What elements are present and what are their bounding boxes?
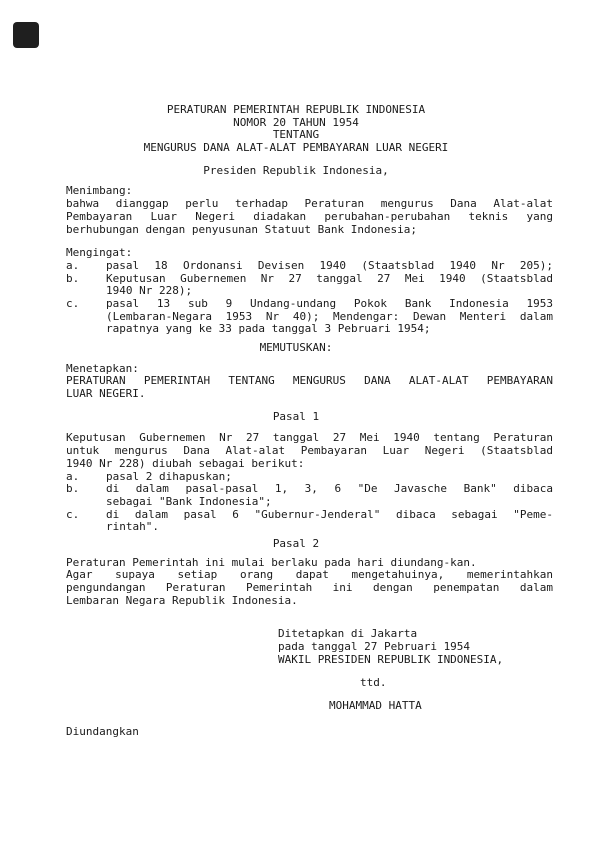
doc-line-text: untuk mengurus Dana Alat-alat Pembayaran… <box>66 444 553 457</box>
diundangkan-line: Diundangkan <box>66 726 553 739</box>
doc-line: rintah". <box>66 521 553 534</box>
doc-line: Presiden Republik Indonesia, <box>66 165 526 178</box>
doc-line-text: NOMOR 20 TAHUN 1954 <box>233 116 359 129</box>
doc-line: MEMUTUSKAN: <box>66 342 526 355</box>
document-page: PERATURAN PEMERINTAH REPUBLIK INDONESIAN… <box>0 0 595 842</box>
doc-line: Lembaran Negara Republik Indonesia. <box>66 595 553 608</box>
doc-line-text: rapatnya yang ke 33 pada tanggal 3 Pebru… <box>106 322 431 335</box>
doc-line-text: (Lembaran-Negara 1953 Nr 40); Mendengar:… <box>106 310 553 323</box>
doc-line-text: Mengingat: <box>66 246 132 259</box>
doc-line-text: pasal 13 sub 9 Undang-undang Pokok Bank … <box>106 297 553 310</box>
doc-line-text: MEMUTUSKAN: <box>260 341 333 354</box>
pasal-2-heading: Pasal 2 <box>66 538 553 551</box>
list-marker: c. <box>66 509 79 522</box>
doc-line-text: 1940 Nr 228) diubah sebagai berikut: <box>66 457 304 470</box>
list-marker: b. <box>66 483 79 496</box>
doc-line: MENGURUS DANA ALAT-ALAT PEMBAYARAN LUAR … <box>66 142 526 155</box>
doc-line-text: pasal 2 dihapuskan; <box>106 470 232 483</box>
doc-line-text: pasal 18 Ordonansi Devisen 1940 (Staatsb… <box>106 259 553 272</box>
doc-line-text: Peraturan Pemerintah ini mulai berlaku p… <box>66 556 477 569</box>
menimbang-block: Menimbang:bahwa dianggap perlu terhadap … <box>66 185 553 236</box>
title-block: PERATURAN PEMERINTAH REPUBLIK INDONESIAN… <box>66 104 553 155</box>
doc-line-text: sebagai "Bank Indonesia"; <box>106 495 272 508</box>
doc-line: MOHAMMAD HATTA <box>66 700 553 713</box>
doc-line: ttd. <box>66 677 553 690</box>
memutuskan-heading: MEMUTUSKAN: <box>66 342 553 355</box>
signatory-name: MOHAMMAD HATTA <box>66 700 553 713</box>
doc-line-text: Lembaran Negara Republik Indonesia. <box>66 594 298 607</box>
enactment-block: Ditetapkan di Jakartapada tanggal 27 Peb… <box>66 628 553 666</box>
doc-line-text: Presiden Republik Indonesia, <box>203 164 388 177</box>
salutation: Presiden Republik Indonesia, <box>66 165 553 178</box>
doc-line-text: PERATURAN PEMERINTAH TENTANG MENGURUS DA… <box>66 374 553 387</box>
doc-line: berhubungan dengan penyusunan Statuut Ba… <box>66 224 553 237</box>
doc-line: LUAR NEGERI. <box>66 388 553 401</box>
doc-line-text: di dalam pasal 6 "Gubernur-Jenderal" dib… <box>106 508 553 521</box>
doc-line-text: Menimbang: <box>66 184 132 197</box>
doc-line-text: pengundangan Peraturan Pemerintah ini de… <box>66 581 553 594</box>
doc-line: rapatnya yang ke 33 pada tanggal 3 Pebru… <box>66 323 553 336</box>
mengingat-block: Mengingat:a.pasal 18 Ordonansi Devisen 1… <box>66 247 553 336</box>
doc-line-text: Diundangkan <box>66 725 139 738</box>
doc-line-text: Pasal 1 <box>273 410 319 423</box>
doc-line: WAKIL PRESIDEN REPUBLIK INDONESIA, <box>66 654 553 667</box>
doc-line-text: berhubungan dengan penyusunan Statuut Ba… <box>66 223 417 236</box>
doc-line-text: TENTANG <box>273 128 319 141</box>
menetapkan-block: Menetapkan:PERATURAN PEMERINTAH TENTANG … <box>66 363 553 401</box>
pasal-1-heading: Pasal 1 <box>66 411 553 424</box>
pasal-1-body: Keputusan Gubernemen Nr 27 tanggal 27 Me… <box>66 432 553 534</box>
doc-line-text: Agar supaya setiap orang dapat mengetahu… <box>66 568 553 581</box>
doc-line-text: Ditetapkan di Jakarta <box>278 627 417 640</box>
doc-line-text: Pasal 2 <box>273 537 319 550</box>
ttd-line: ttd. <box>66 677 553 690</box>
doc-line-text: MENGURUS DANA ALAT-ALAT PEMBAYARAN LUAR … <box>144 141 449 154</box>
doc-line-text: Pembayaran Luar Negeri diadakan perubaha… <box>66 210 553 223</box>
doc-line-text: LUAR NEGERI. <box>66 387 145 400</box>
doc-line: Pasal 1 <box>66 411 526 424</box>
doc-line-text: PERATURAN PEMERINTAH REPUBLIK INDONESIA <box>167 103 425 116</box>
doc-line-text: bahwa dianggap perlu terhadap Peraturan … <box>66 197 553 210</box>
doc-line-text: ttd. <box>360 676 387 689</box>
doc-line-text: Keputusan Gubernemen Nr 27 tanggal 27 Me… <box>66 431 553 444</box>
doc-line-text: WAKIL PRESIDEN REPUBLIK INDONESIA, <box>278 653 503 666</box>
doc-line-text: rintah". <box>106 520 159 533</box>
document-body: PERATURAN PEMERINTAH REPUBLIK INDONESIAN… <box>66 0 553 739</box>
doc-line-text: MOHAMMAD HATTA <box>329 699 422 712</box>
pasal-2-body: Peraturan Pemerintah ini mulai berlaku p… <box>66 557 553 608</box>
doc-line-text: Menetapkan: <box>66 362 139 375</box>
doc-line-text: Keputusan Gubernemen Nr 27 tanggal 27 Me… <box>106 272 553 285</box>
list-marker: a. <box>66 260 79 273</box>
doc-line-text: di dalam pasal-pasal 1, 3, 6 "De Javasch… <box>106 482 553 495</box>
doc-line-text: 1940 Nr 228); <box>106 284 192 297</box>
doc-line-text: pada tanggal 27 Pebruari 1954 <box>278 640 470 653</box>
list-marker: b. <box>66 273 79 286</box>
corner-mark <box>13 22 39 48</box>
doc-line: Pasal 2 <box>66 538 526 551</box>
list-marker: c. <box>66 298 79 311</box>
doc-line: Diundangkan <box>66 726 553 739</box>
